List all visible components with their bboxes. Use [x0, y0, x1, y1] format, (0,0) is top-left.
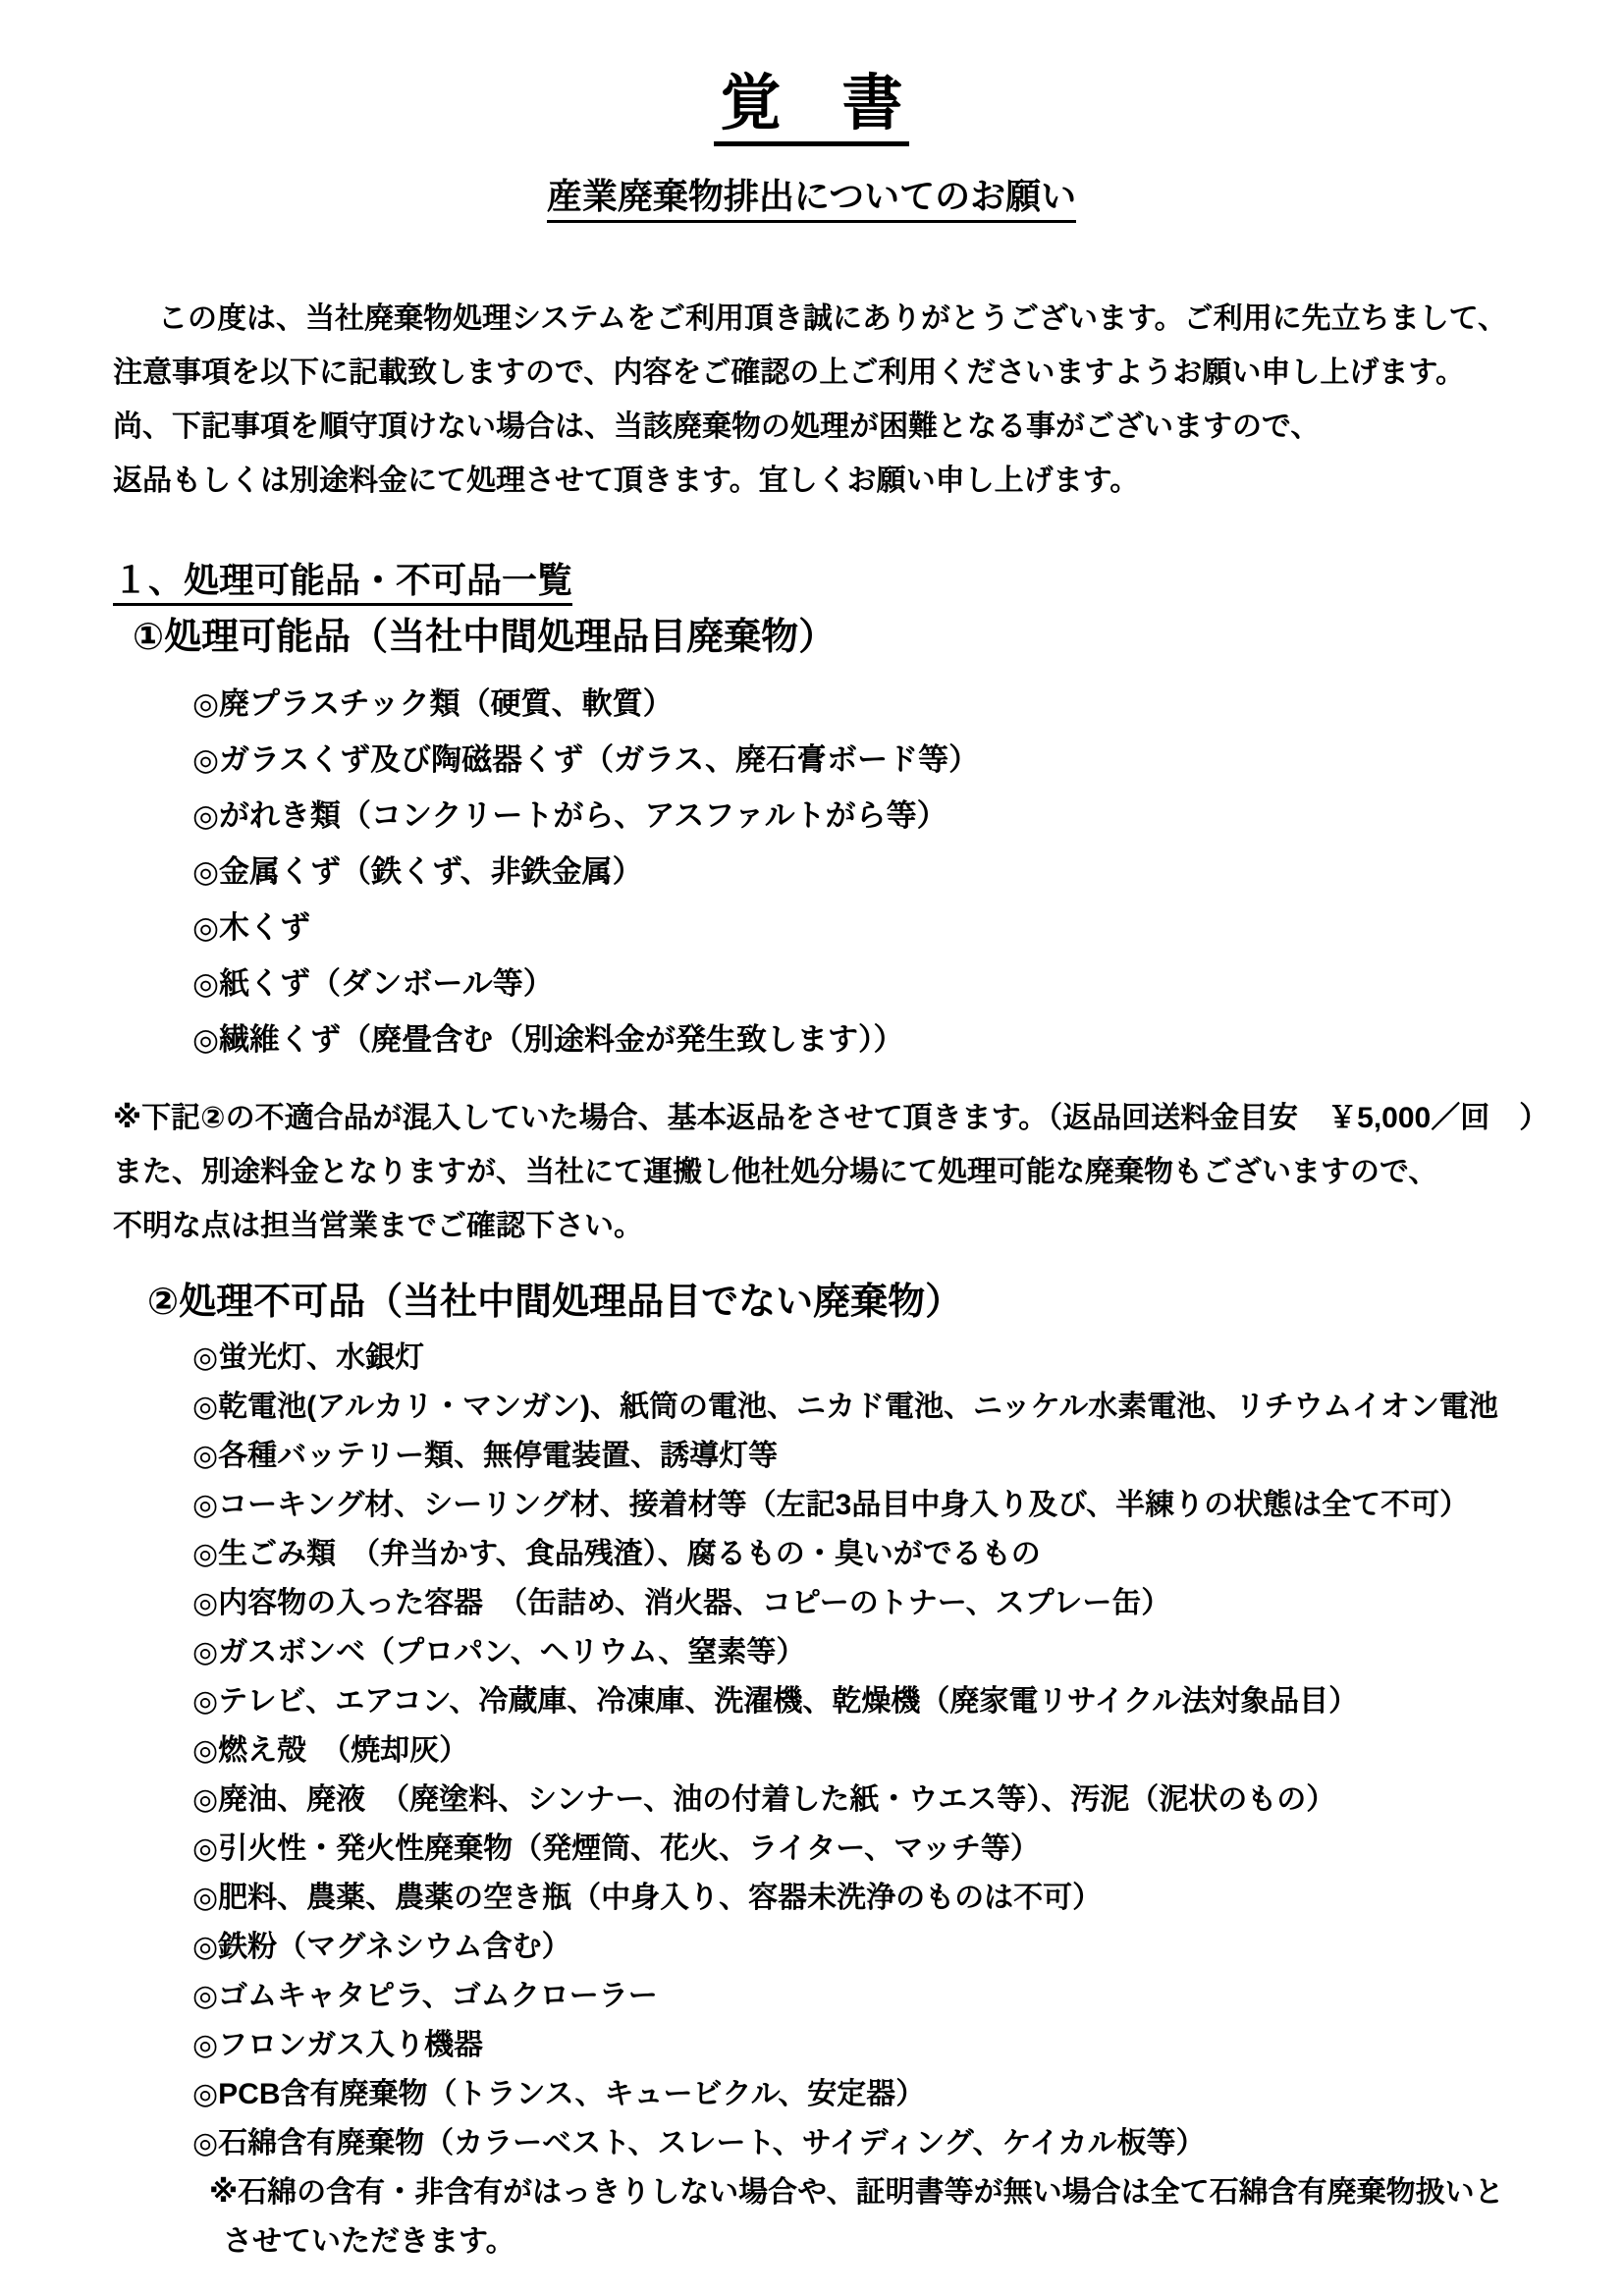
unacceptable-item: ◎肥料、農薬、農薬の空き瓶（中身入り、容器未洗浄のものは不可）	[192, 1874, 1623, 1923]
unacceptable-item: ◎鉄粉（マグネシウム含む）	[192, 1923, 1623, 1972]
intro-line: 注意事項を以下に記載致しますので、内容をご確認の上ご利用くださいますようお願い申…	[113, 346, 1564, 400]
acceptable-item: ◎紙くず（ダンボール等）	[192, 956, 1623, 1011]
unacceptable-item: ◎テレビ、エアコン、冷蔵庫、冷凍庫、洗濯機、乾燥機（廃家電リサイクル法対象品目）	[192, 1677, 1623, 1726]
unacceptable-item: ◎ガスボンベ（プロパン、ヘリウム、窒素等）	[192, 1628, 1623, 1677]
return-policy-note-line: ※下記②の不適合品が混入していた場合、基本返品をさせて頂きます。（返品回送料金目…	[113, 1091, 1623, 1145]
acceptable-item: ◎繊維くず（廃畳含む（別途料金が発生致します））	[192, 1011, 1623, 1067]
unacceptable-item: ◎引火性・発火性廃棄物（発煙筒、花火、ライター、マッチ等）	[192, 1825, 1623, 1874]
acceptable-item: ◎廃プラスチック類（硬質、軟質）	[192, 676, 1623, 732]
unacceptable-item: ◎石綿含有廃棄物（カラーベスト、スレート、サイディング、ケイカル板等）	[192, 2119, 1623, 2168]
intro-paragraph: この度は、当社廃棄物処理システムをご利用頂き誠にありがとうございます。ご利用に先…	[113, 292, 1564, 508]
unacceptable-item: ◎廃油、廃液 （廃塗料、シンナー、油の付着した紙・ウエス等）、汚泥（泥状のもの）	[192, 1776, 1623, 1825]
unacceptable-items-list: ◎蛍光灯、水銀灯 ◎乾電池(アルカリ・マンガン)、紙筒の電池、ニカド電池、ニッケ…	[192, 1334, 1623, 2168]
asbestos-footnote-line: させていただきます。	[223, 2217, 1623, 2267]
unacceptable-item: ◎ゴムキャタピラ、ゴムクローラー	[192, 1972, 1623, 2021]
acceptable-items-heading: ①処理可能品（当社中間処理品目廃棄物）	[133, 614, 1623, 662]
acceptable-items-list: ◎廃プラスチック類（硬質、軟質） ◎ガラスくず及び陶磁器くず（ガラス、廃石膏ボー…	[192, 676, 1623, 1067]
acceptable-item: ◎ガラスくず及び陶磁器くず（ガラス、廃石膏ボード等）	[192, 732, 1623, 788]
return-policy-note-line: また、別途料金となりますが、当社にて運搬し他社処分場にて処理可能な廃棄物もござい…	[113, 1145, 1623, 1199]
subtitle-row: 産業廃棄物排出についてのお願い	[0, 176, 1623, 222]
unacceptable-item: ◎乾電池(アルカリ・マンガン)、紙筒の電池、ニカド電池、ニッケル水素電池、リチウ…	[192, 1383, 1623, 1432]
asbestos-footnote: ※石綿の含有・非含有がはっきりしない場合や、証明書等が無い場合は全て石綿含有廃棄…	[209, 2168, 1623, 2267]
unacceptable-item: ◎生ごみ類 （弁当かす、食品残渣）、腐るもの・臭いがでるもの	[192, 1530, 1623, 1579]
document-title: 覚 書	[714, 71, 908, 146]
section1-heading: １、処理可能品・不可品一覧	[113, 559, 572, 606]
memo-document-page: 覚 書 産業廃棄物排出についてのお願い この度は、当社廃棄物処理システムをご利用…	[0, 0, 1623, 2296]
unacceptable-item: ◎フロンガス入り機器	[192, 2021, 1623, 2070]
unacceptable-item: ◎燃え殻 （焼却灰）	[192, 1726, 1623, 1776]
unacceptable-items-heading: ②処理不可品（当社中間処理品目でない廃棄物）	[147, 1279, 1623, 1327]
document-subtitle: 産業廃棄物排出についてのお願い	[547, 176, 1076, 222]
asbestos-footnote-line: ※石綿の含有・非含有がはっきりしない場合や、証明書等が無い場合は全て石綿含有廃棄…	[209, 2168, 1623, 2217]
unacceptable-item: ◎内容物の入った容器 （缶詰め、消火器、コピーのトナー、スプレー缶）	[192, 1579, 1623, 1628]
acceptable-item: ◎木くず	[192, 900, 1623, 956]
acceptable-item: ◎がれき類（コンクリートがら、アスファルトがら等）	[192, 788, 1623, 844]
intro-line: 返品もしくは別途料金にて処理させて頂きます。宜しくお願い申し上げます。	[113, 454, 1564, 508]
return-policy-note: ※下記②の不適合品が混入していた場合、基本返品をさせて頂きます。（返品回送料金目…	[113, 1091, 1623, 1253]
unacceptable-item: ◎各種バッテリー類、無停電装置、誘導灯等	[192, 1432, 1623, 1481]
return-policy-note-line: 不明な点は担当営業までご確認下さい。	[113, 1199, 1623, 1253]
unacceptable-item: ◎コーキング材、シーリング材、接着材等（左記3品目中身入り及び、半練りの状態は全…	[192, 1481, 1623, 1530]
title-row: 覚 書	[0, 0, 1623, 146]
intro-line: 尚、下記事項を順守頂けない場合は、当該廃棄物の処理が困難となる事がございますので…	[113, 400, 1564, 454]
unacceptable-item: ◎蛍光灯、水銀灯	[192, 1334, 1623, 1383]
intro-line: この度は、当社廃棄物処理システムをご利用頂き誠にありがとうございます。ご利用に先…	[113, 292, 1564, 346]
section1-heading-row: １、処理可能品・不可品一覧	[113, 559, 1623, 606]
acceptable-item: ◎金属くず（鉄くず、非鉄金属）	[192, 844, 1623, 900]
unacceptable-item: ◎PCB含有廃棄物（トランス、キュービクル、安定器）	[192, 2070, 1623, 2119]
